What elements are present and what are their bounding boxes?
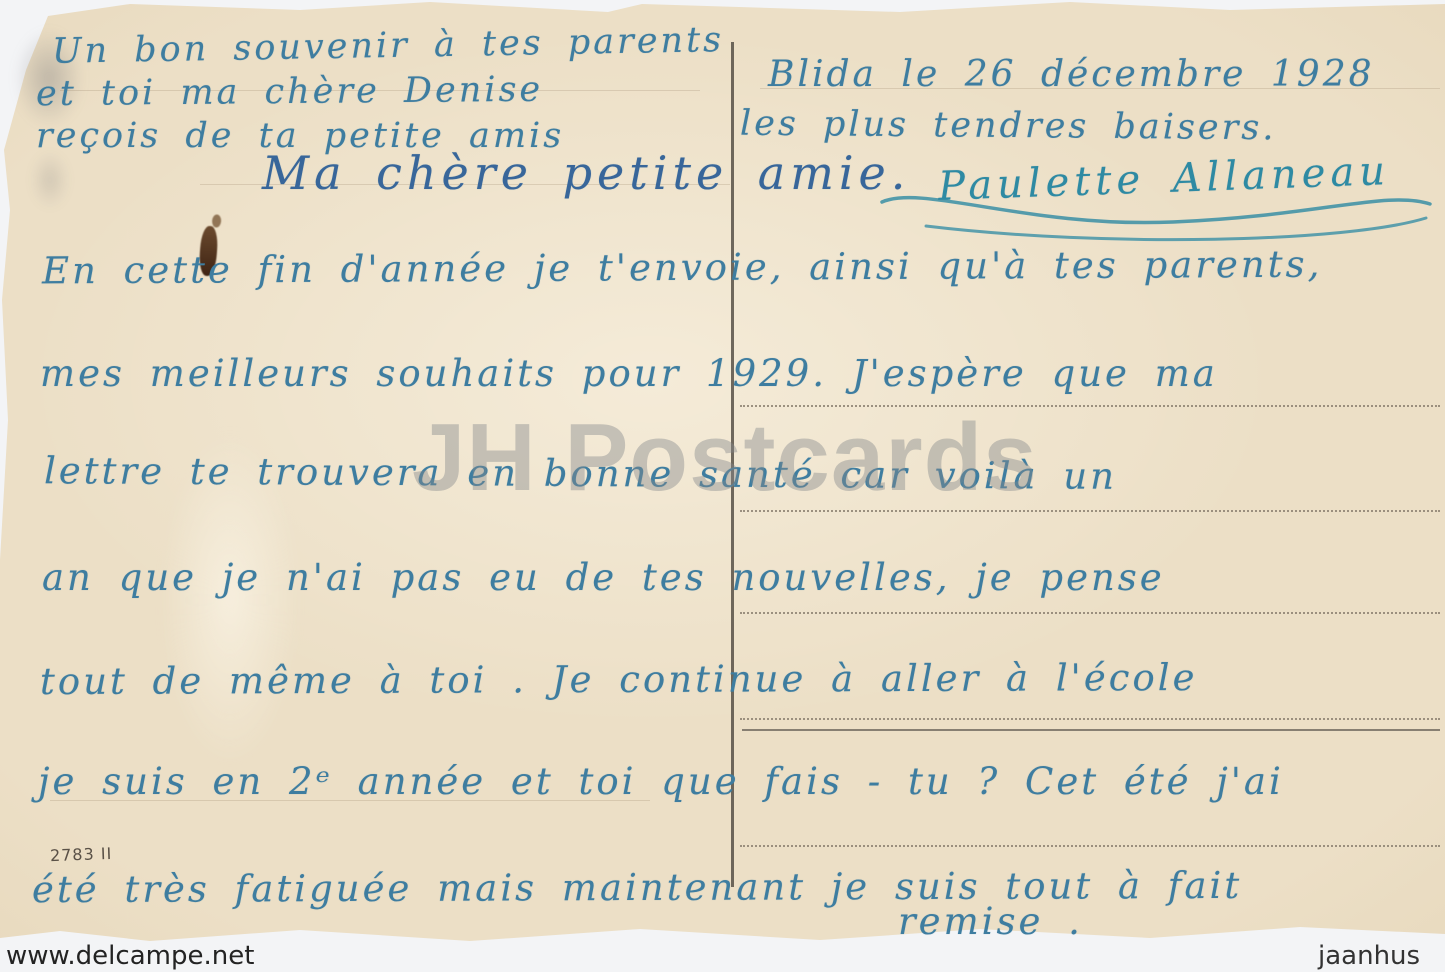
delcampe-watermark: www.delcampe.net	[6, 941, 254, 971]
seller-watermark: jaanhus	[1318, 941, 1420, 971]
address-rule-line	[742, 729, 1440, 731]
address-rule-line	[740, 845, 1440, 847]
handwritten-body-line: je suis en 2ᵉ année et toi que fais - tu…	[38, 760, 1284, 803]
handwritten-body-line: tout de même à toi . Je continue à aller…	[40, 656, 1198, 703]
address-rule-line	[740, 718, 1440, 720]
handwritten-greeting-line-2: et toi ma chère Denise	[36, 70, 543, 114]
handwritten-salutation: Ma chère petite amie.	[262, 146, 910, 200]
print-series-number: 2783 II	[50, 844, 113, 865]
handwritten-greeting-line-3-cont: les plus tendres baisers.	[740, 104, 1277, 149]
handwritten-closing-word: remise .	[898, 900, 1083, 943]
postcard-scan: Un bon souvenir à tes parents et toi ma …	[0, 0, 1445, 972]
handwritten-body-line: En cette fin d'année je t'envoie, ainsi …	[42, 243, 1323, 293]
handwritten-body-line: an que je n'ai pas eu de tes nouvelles, …	[42, 556, 1165, 599]
address-rule-line	[740, 612, 1440, 614]
handwritten-body-line: mes meilleurs souhaits pour 1929. J'espè…	[40, 352, 1218, 395]
jh-postcards-watermark: JH Postcards	[412, 403, 1038, 513]
pencil-smudge	[30, 150, 70, 210]
handwritten-dateline: Blida le 26 décembre 1928	[768, 54, 1375, 95]
